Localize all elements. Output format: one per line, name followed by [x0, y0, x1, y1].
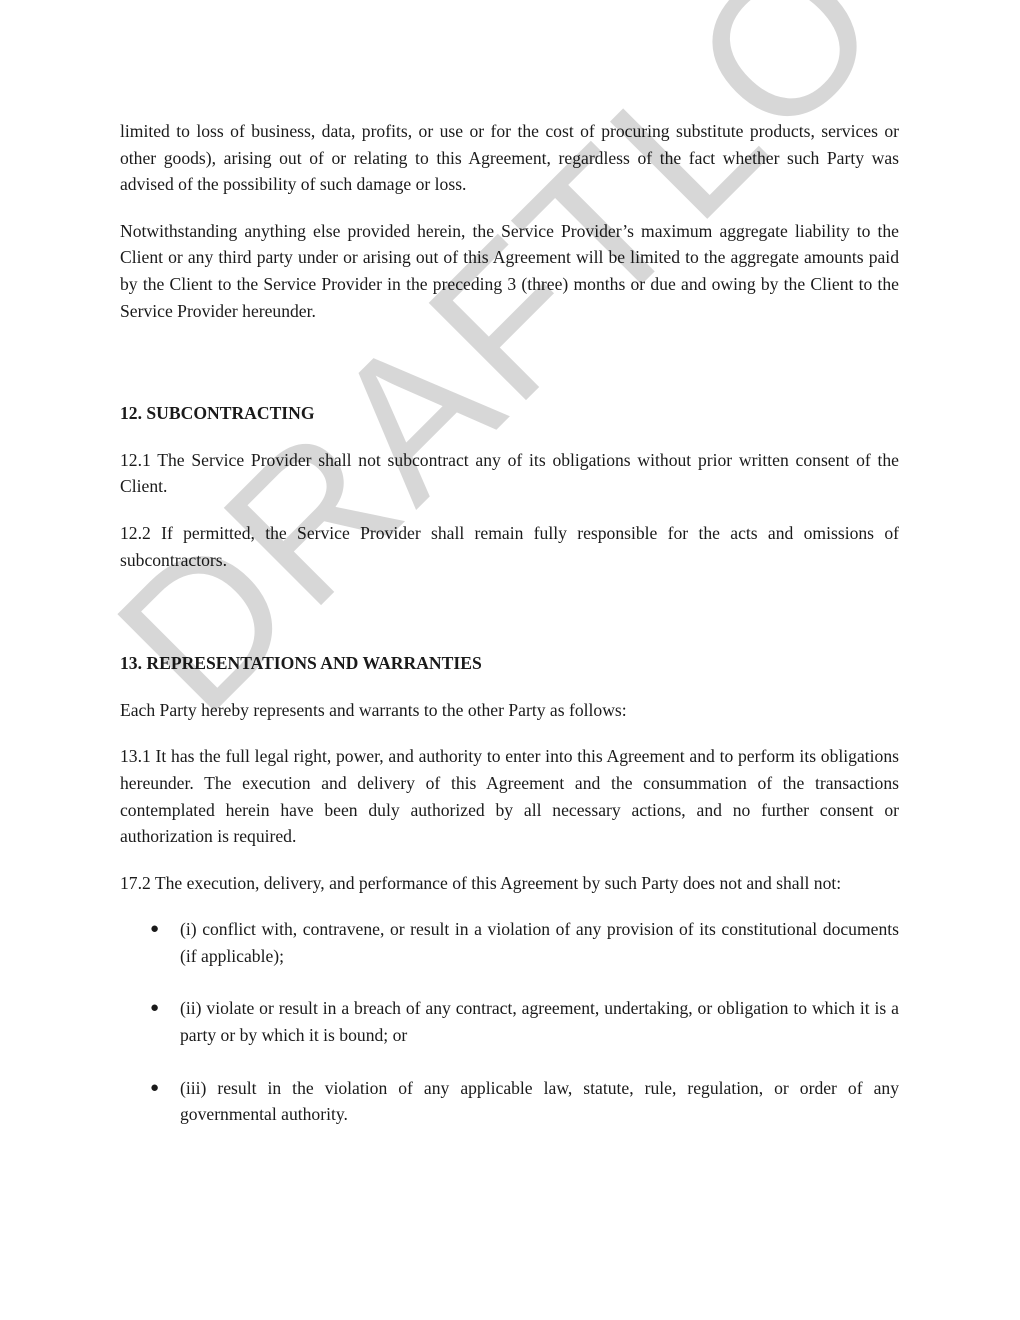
section-spacer	[120, 593, 899, 650]
section-heading-subcontracting: 12. SUBCONTRACTING	[120, 400, 899, 427]
list-item-text: (i) conflict with, contravene, or result…	[180, 919, 899, 966]
clause-13-1: 13.1 It has the full legal right, power,…	[120, 743, 899, 849]
list-item-text: (ii) violate or result in a breach of an…	[180, 998, 899, 1045]
clause-17-2: 17.2 The execution, delivery, and perfor…	[120, 870, 899, 897]
list-item-text: (iii) result in the violation of any app…	[180, 1078, 899, 1125]
document-page: limited to loss of business, data, profi…	[120, 118, 899, 1154]
clause-12-1: 12.1 The Service Provider shall not subc…	[120, 447, 899, 500]
warranty-conditions-list: ● (i) conflict with, contravene, or resu…	[120, 916, 899, 1128]
bullet-icon: ●	[150, 1075, 159, 1102]
list-item: ● (iii) result in the violation of any a…	[120, 1075, 899, 1128]
bullet-icon: ●	[150, 916, 159, 943]
clause-12-2: 12.2 If permitted, the Service Provider …	[120, 520, 899, 573]
section-heading-representations: 13. REPRESENTATIONS AND WARRANTIES	[120, 650, 899, 677]
section-13-intro: Each Party hereby represents and warrant…	[120, 697, 899, 724]
bullet-icon: ●	[150, 995, 159, 1022]
list-item: ● (ii) violate or result in a breach of …	[120, 995, 899, 1048]
section-spacer	[120, 344, 899, 400]
paragraph-liability-exclusion: limited to loss of business, data, profi…	[120, 118, 899, 198]
paragraph-liability-cap: Notwithstanding anything else provided h…	[120, 218, 899, 324]
list-item: ● (i) conflict with, contravene, or resu…	[120, 916, 899, 969]
